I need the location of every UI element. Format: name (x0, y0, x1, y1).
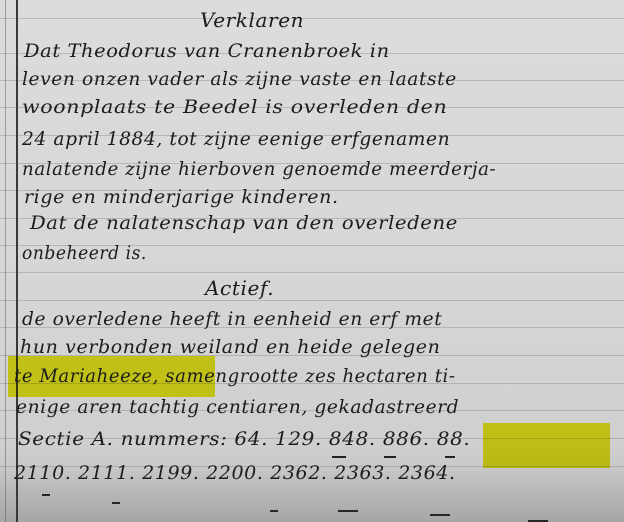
underline-mark (42, 494, 50, 496)
text-line-parcels: Sectie A. nummers: 64. 129. 848. 886. 88… (18, 428, 470, 450)
underline-mark (430, 514, 450, 516)
underline-mark (112, 502, 120, 504)
heading-verklaren: Verklaren (200, 8, 304, 32)
text-line: 24 april 1884, tot zijne eenige erfgenam… (22, 128, 450, 150)
text-line: nalatende zijne hierboven genoemde meerd… (22, 158, 496, 180)
underline-mark (384, 456, 396, 458)
ruled-line (0, 18, 624, 19)
heading-actief: Actief. (205, 276, 274, 300)
text-line-parcels: 2110. 2111. 2199. 2200. 2362. 2363. 2364… (14, 462, 456, 484)
text-line: enige aren tachtig centiaren, gekadastre… (16, 396, 459, 418)
underline-mark (445, 456, 455, 458)
text-line: onbeheerd is. (22, 242, 147, 264)
margin-line-outer (5, 0, 6, 522)
ruled-line (0, 300, 624, 301)
text-line: leven onzen vader als zijne vaste en laa… (22, 68, 457, 90)
text-line: rige en minderjarige kinderen. (24, 186, 339, 208)
text-line-highlighted: te Mariaheeze, samengrootte zes hectaren… (14, 365, 456, 387)
underline-mark (270, 510, 278, 512)
underline-mark (338, 510, 358, 512)
document-page: Verklaren Dat Theodorus van Cranenbroek … (0, 0, 624, 522)
text-line: Dat Theodorus van Cranenbroek in (24, 40, 390, 62)
highlight-parcel-numbers (483, 423, 610, 468)
text-line: woonplaats te Beedel is overleden den (22, 96, 447, 118)
text-line: de overledene heeft in eenheid en erf me… (22, 308, 442, 330)
text-line: Dat de nalatenschap van den overledene (30, 212, 458, 234)
underline-mark (332, 456, 346, 458)
text-line: hun verbonden weiland en heide gelegen (20, 336, 440, 358)
ruled-line (0, 272, 624, 273)
